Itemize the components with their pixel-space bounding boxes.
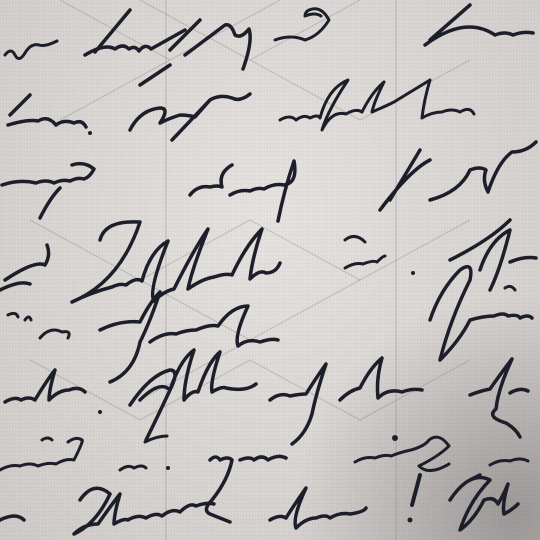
handwritten-letter-photo: ne kräftigen Ihn tar. Wir erhalten ngen …: [0, 0, 540, 540]
handwriting-ink: [0, 0, 540, 540]
